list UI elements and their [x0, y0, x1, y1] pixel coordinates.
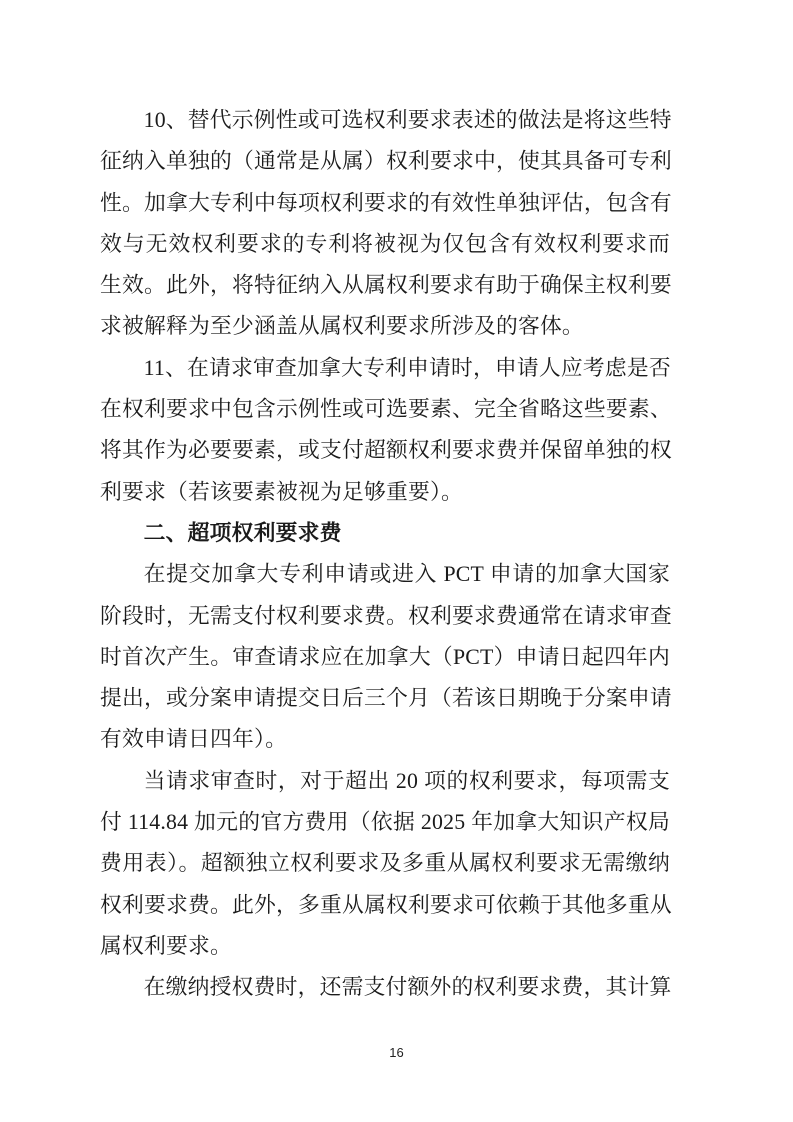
text-line: 付 114.84 加元的官方费用（依据 2025 年加拿大知识产权局 [100, 802, 670, 843]
document-page: 10、替代示例性或可选权利要求表述的做法是将这些特征纳入单独的（通常是从属）权利… [0, 0, 793, 1122]
page-number: 16 [389, 1045, 403, 1060]
paragraph: 在缴纳授权费时，还需支付额外的权利要求费，其计算 [100, 967, 670, 1008]
text-line: 效与无效权利要求的专利将被视为仅包含有效权利要求而 [100, 224, 670, 265]
paragraph: 当请求审查时，对于超出 20 项的权利要求，每项需支付 114.84 加元的官方… [100, 761, 670, 967]
text-line: 在提交加拿大专利申请或进入 PCT 申请的加拿大国家 [100, 554, 670, 595]
text-line: 11、在请求审查加拿大专利申请时，申请人应考虑是否 [100, 348, 670, 389]
text-line: 属权利要求。 [100, 926, 670, 967]
text-line: 生效。此外，将特征纳入从属权利要求有助于确保主权利要 [100, 265, 670, 306]
text-line: 费用表）。超额独立权利要求及多重从属权利要求无需缴纳 [100, 843, 670, 884]
heading-line: 二、超项权利要求费 [100, 513, 670, 554]
text-line: 将其作为必要要素，或支付超额权利要求费并保留单独的权 [100, 430, 670, 471]
text-line: 在权利要求中包含示例性或可选要素、完全省略这些要素、 [100, 389, 670, 430]
text-line: 利要求（若该要素被视为足够重要）。 [100, 472, 670, 513]
document-content: 10、替代示例性或可选权利要求表述的做法是将这些特征纳入单独的（通常是从属）权利… [100, 100, 670, 1009]
text-line: 性。加拿大专利中每项权利要求的有效性单独评估，包含有 [100, 183, 670, 224]
paragraph: 11、在请求审查加拿大专利申请时，申请人应考虑是否在权利要求中包含示例性或可选要… [100, 348, 670, 513]
section-heading: 二、超项权利要求费 [100, 513, 670, 554]
text-line: 有效申请日四年）。 [100, 719, 670, 760]
text-line: 征纳入单独的（通常是从属）权利要求中，使其具备可专利 [100, 141, 670, 182]
text-line: 提出，或分案申请提交日后三个月（若该日期晚于分案申请 [100, 678, 670, 719]
text-line: 阶段时，无需支付权利要求费。权利要求费通常在请求审查 [100, 596, 670, 637]
text-line: 时首次产生。审查请求应在加拿大（PCT）申请日起四年内 [100, 637, 670, 678]
text-line: 10、替代示例性或可选权利要求表述的做法是将这些特 [100, 100, 670, 141]
page-footer: 16 [0, 1044, 793, 1062]
paragraph: 在提交加拿大专利申请或进入 PCT 申请的加拿大国家阶段时，无需支付权利要求费。… [100, 554, 670, 760]
text-line: 当请求审查时，对于超出 20 项的权利要求，每项需支 [100, 761, 670, 802]
text-line: 权利要求费。此外，多重从属权利要求可依赖于其他多重从 [100, 885, 670, 926]
paragraph: 10、替代示例性或可选权利要求表述的做法是将这些特征纳入单独的（通常是从属）权利… [100, 100, 670, 348]
text-line: 在缴纳授权费时，还需支付额外的权利要求费，其计算 [100, 967, 670, 1008]
text-line: 求被解释为至少涵盖从属权利要求所涉及的客体。 [100, 306, 670, 347]
